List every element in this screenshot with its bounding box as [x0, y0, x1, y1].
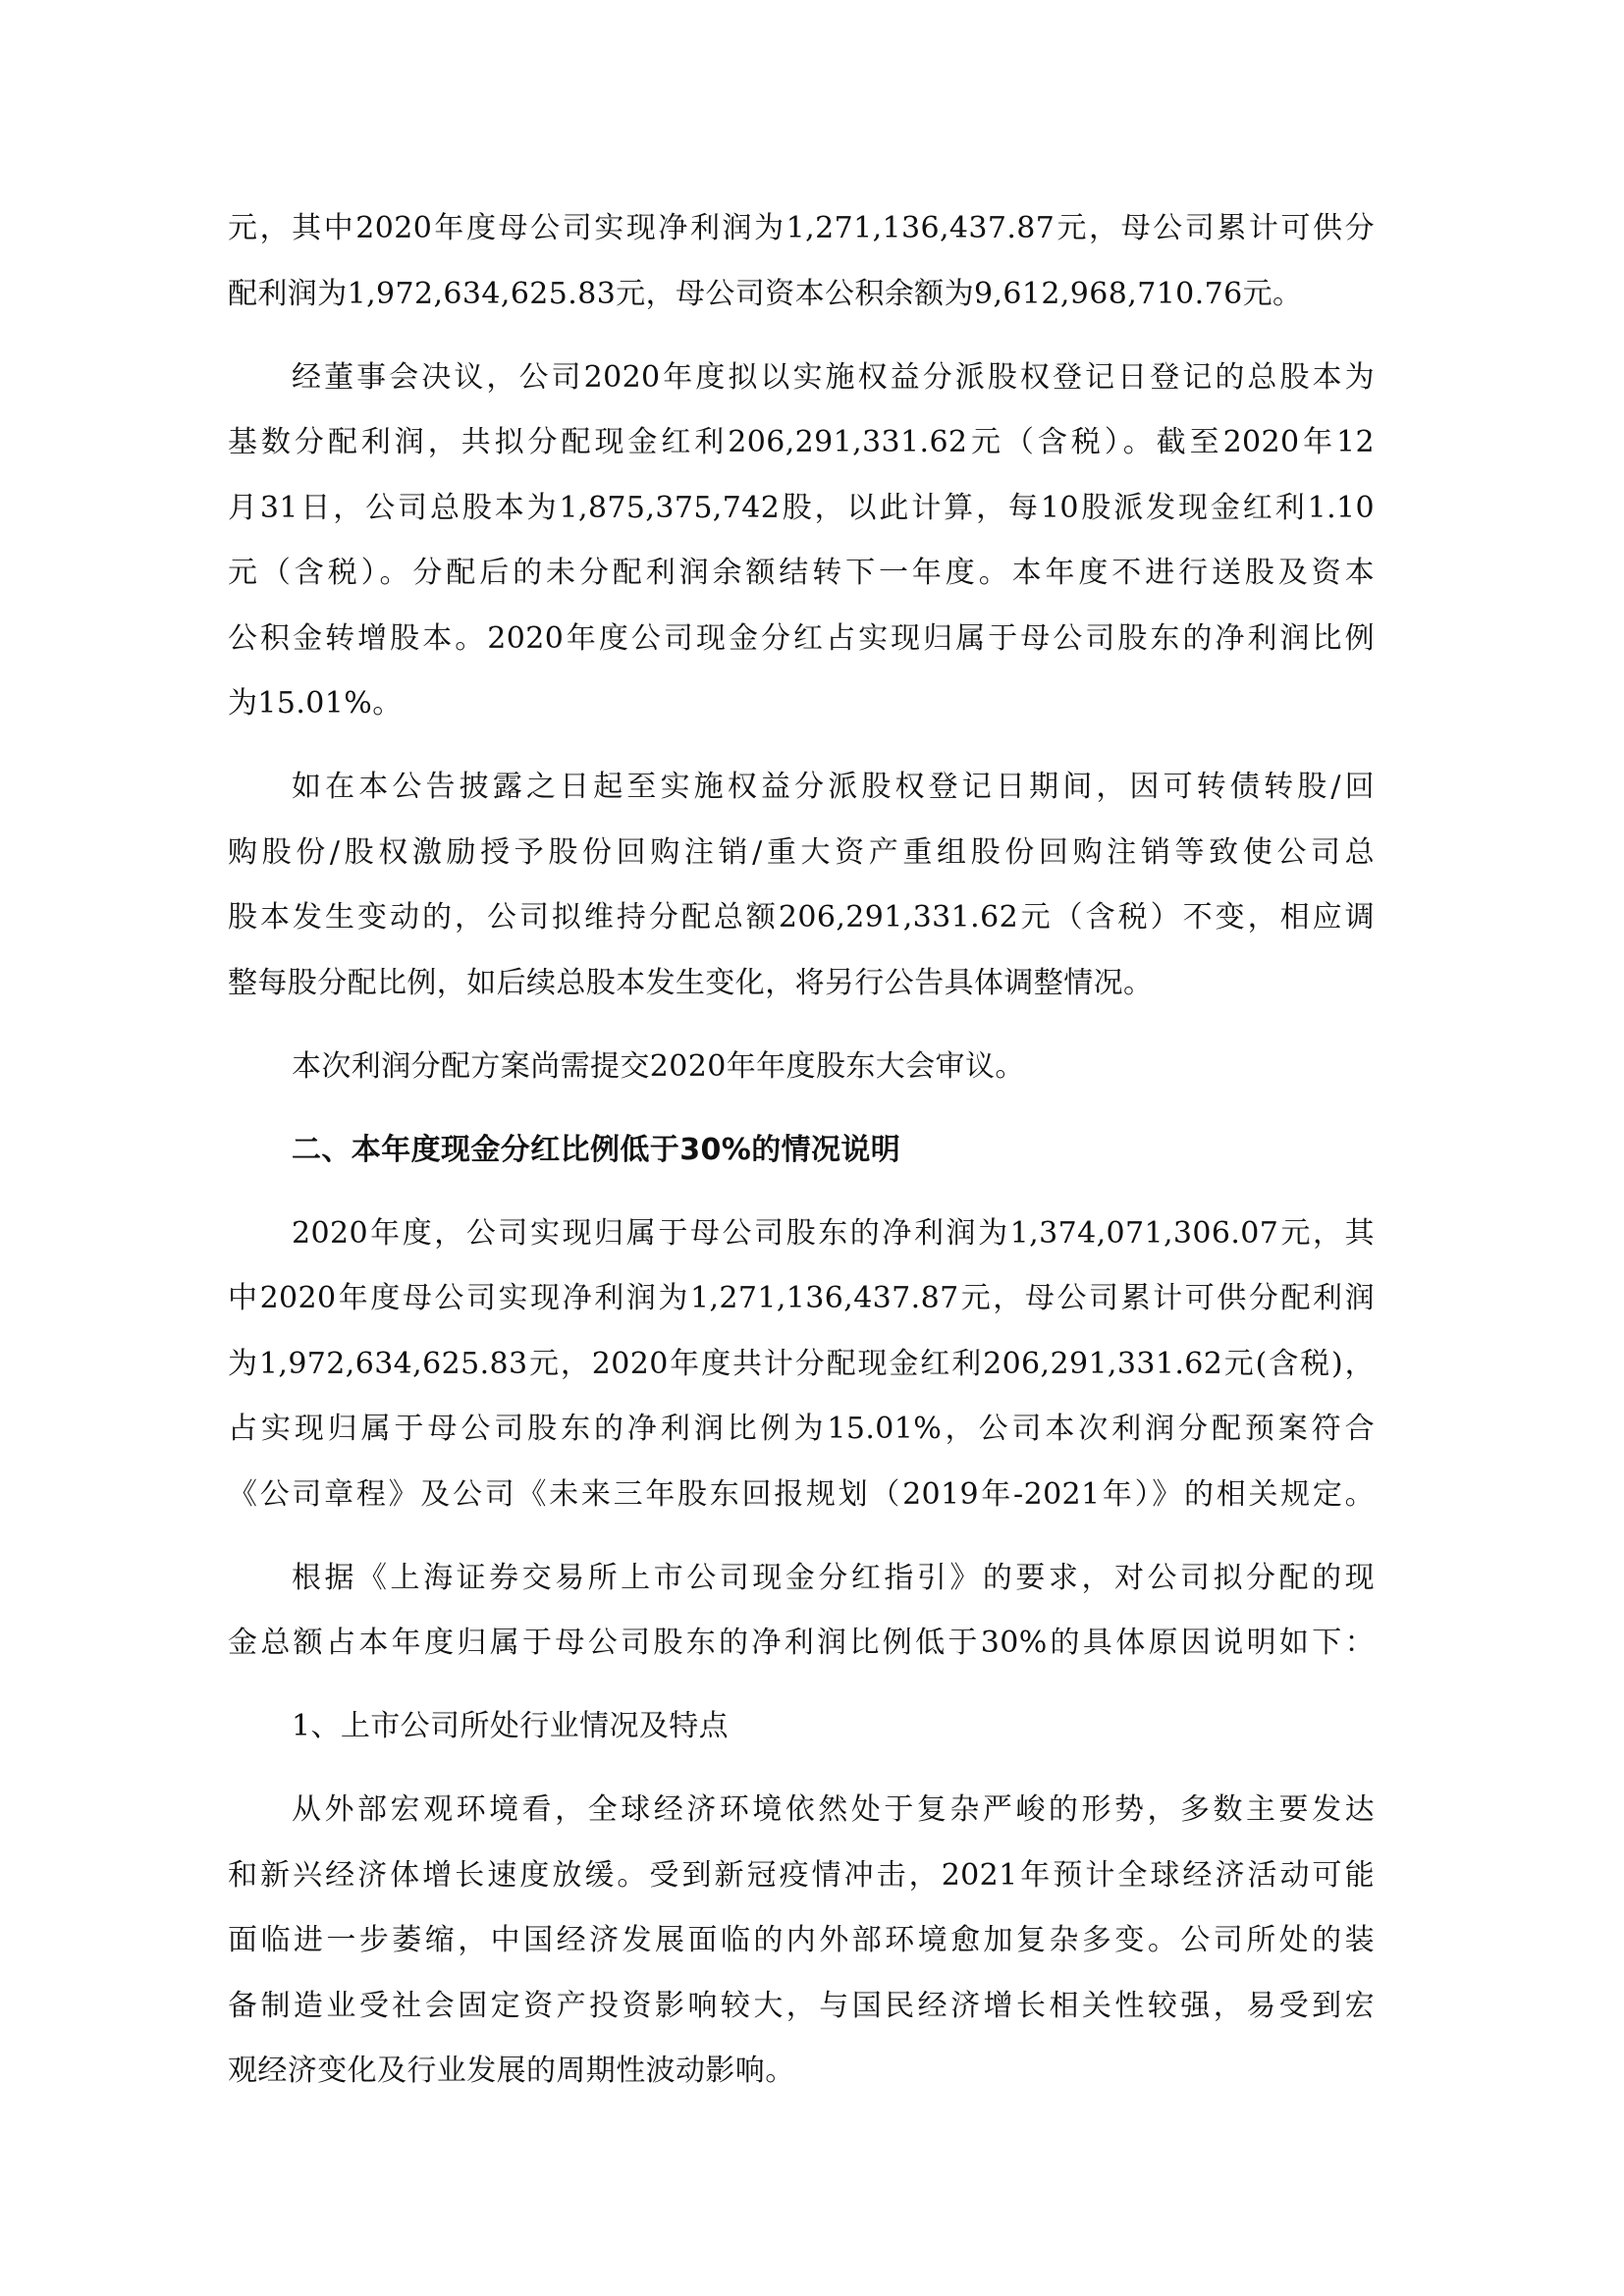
- text-line: 配利润为1,972,634,625.83元，母公司资本公积余额为9,612,96…: [228, 262, 1375, 328]
- document-body: 元，其中2020年度母公司实现净利润为1,271,136,437.87元，母公司…: [228, 196, 1375, 2122]
- text-line: 元，其中2020年度母公司实现净利润为1,271,136,437.87元，母公司…: [228, 196, 1375, 262]
- text-line: 元（含税）。分配后的未分配利润余额结转下一年度。本年度不进行送股及资本: [228, 541, 1375, 607]
- section-heading: 二、本年度现金分红比例低于30%的情况说明: [228, 1118, 1375, 1184]
- text-line: 面临进一步萎缩，中国经济发展面临的内外部环境愈加复杂多变。公司所处的装: [228, 1908, 1375, 1974]
- text-line: 《公司章程》及公司《未来三年股东回报规划（2019年-2021年）》的相关规定。: [228, 1463, 1375, 1528]
- text-line: 整每股分配比例，如后续总股本发生变化，将另行公告具体调整情况。: [228, 951, 1375, 1017]
- paragraph-dividend-ratio: 2020年度，公司实现归属于母公司股东的净利润为1,374,071,306.07…: [228, 1201, 1375, 1528]
- text-line: 从外部宏观环境看，全球经济环境依然处于复杂严峻的形势，多数主要发达: [228, 1778, 1375, 1843]
- subsection-heading: 1、上市公司所处行业情况及特点: [228, 1694, 1375, 1760]
- text-line: 基数分配利润，共拟分配现金红利206,291,331.62元（含税）。截至202…: [228, 410, 1375, 476]
- paragraph-board-resolution: 经董事会决议，公司2020年度拟以实施权益分派股权登记日登记的总股本为 基数分配…: [228, 346, 1375, 737]
- paragraph-shareholder-approval: 本次利润分配方案尚需提交2020年年度股东大会审议。: [228, 1035, 1375, 1100]
- text-line: 如在本公告披露之日起至实施权益分派股权登记日期间，因可转债转股/回: [228, 755, 1375, 821]
- paragraph-exchange-guideline: 根据《上海证券交易所上市公司现金分红指引》的要求，对公司拟分配的现 金总额占本年…: [228, 1546, 1375, 1677]
- text-line: 根据《上海证券交易所上市公司现金分红指引》的要求，对公司拟分配的现: [228, 1546, 1375, 1612]
- text-line: 占实现归属于母公司股东的净利润比例为15.01%，公司本次利润分配预案符合: [228, 1397, 1375, 1463]
- text-line: 为15.01%。: [228, 671, 1375, 737]
- text-line: 2020年度，公司实现归属于母公司股东的净利润为1,374,071,306.07…: [228, 1201, 1375, 1267]
- text-line: 经董事会决议，公司2020年度拟以实施权益分派股权登记日登记的总股本为: [228, 346, 1375, 411]
- text-line: 为1,972,634,625.83元，2020年度共计分配现金红利206,291…: [228, 1332, 1375, 1398]
- subheading-text: 1、上市公司所处行业情况及特点: [228, 1694, 1375, 1760]
- text-line: 本次利润分配方案尚需提交2020年年度股东大会审议。: [228, 1035, 1375, 1100]
- heading-text: 二、本年度现金分红比例低于30%的情况说明: [228, 1118, 1375, 1184]
- document-page: 元，其中2020年度母公司实现净利润为1,271,136,437.87元，母公司…: [0, 0, 1624, 2296]
- text-line: 和新兴经济体增长速度放缓。受到新冠疫情冲击，2021年预计全球经济活动可能: [228, 1843, 1375, 1909]
- text-line: 股本发生变动的，公司拟维持分配总额206,291,331.62元（含税）不变，相…: [228, 885, 1375, 951]
- paragraph-industry-situation: 从外部宏观环境看，全球经济环境依然处于复杂严峻的形势，多数主要发达 和新兴经济体…: [228, 1778, 1375, 2105]
- text-line: 金总额占本年度归属于母公司股东的净利润比例低于30%的具体原因说明如下：: [228, 1611, 1375, 1677]
- text-line: 备制造业受社会固定资产投资影响较大，与国民经济增长相关性较强，易受到宏: [228, 1974, 1375, 2040]
- text-line: 公积金转增股本。2020年度公司现金分红占实现归属于母公司股东的净利润比例: [228, 607, 1375, 672]
- text-line: 观经济变化及行业发展的周期性波动影响。: [228, 2039, 1375, 2105]
- text-line: 购股份/股权激励授予股份回购注销/重大资产重组股份回购注销等致使公司总: [228, 821, 1375, 886]
- paragraph-share-change: 如在本公告披露之日起至实施权益分派股权登记日期间，因可转债转股/回 购股份/股权…: [228, 755, 1375, 1016]
- text-line: 中2020年度母公司实现净利润为1,271,136,437.87元，母公司累计可…: [228, 1266, 1375, 1332]
- paragraph-profit-summary: 元，其中2020年度母公司实现净利润为1,271,136,437.87元，母公司…: [228, 196, 1375, 327]
- text-line: 月31日，公司总股本为1,875,375,742股，以此计算，每10股派发现金红…: [228, 476, 1375, 542]
